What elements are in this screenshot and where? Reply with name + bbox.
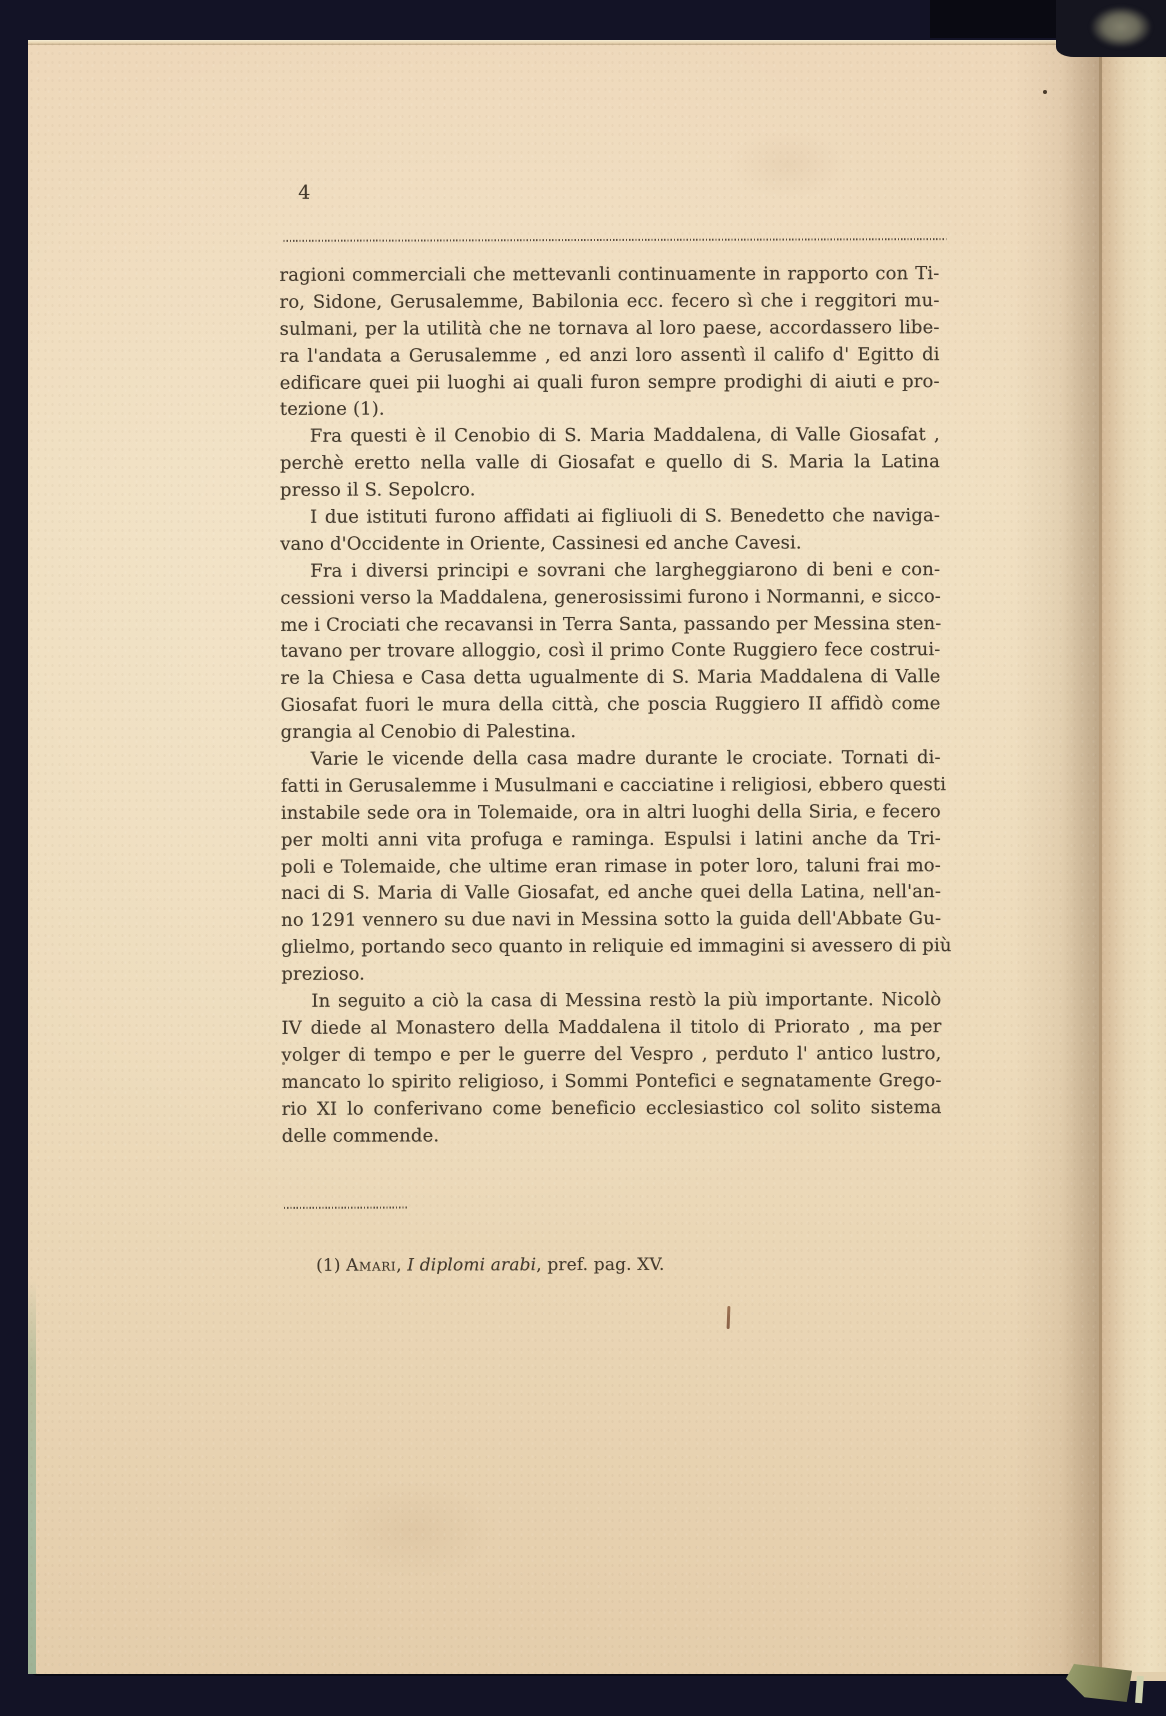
text-line: grangia al Cenobio di Palestina. [281,718,941,747]
text-line: re la Chiesa e Casa detta ugualmente di … [280,664,940,693]
text-line: Varie le vicende della casa madre durant… [281,745,941,774]
text-line: prezioso. [281,960,941,989]
text-line: rio XI lo conferivano come beneficio ecc… [282,1095,942,1124]
scanner-clip-black [930,0,1072,38]
text-line: IV diede al Monastero della Maddalena il… [281,1014,941,1043]
page-number: 4 [298,182,310,204]
text-line: ra l'andata a Gerusalemme , ed anzi loro… [280,342,940,371]
text-line: volger di tempo e per le guerre del Vesp… [281,1041,941,1070]
footnote-segment: I diplomi arabi [407,1255,536,1275]
binding-blob [1090,6,1152,48]
footnote-segment: , pref. pag. XV. [536,1255,664,1275]
text-line: ro, Sidone, Gerusalemme, Babilonia ecc. … [280,288,940,317]
text-line: Giosafat fuori le mura della città, che … [281,691,941,720]
text-line: perchè eretto nella valle di Giosafat e … [280,449,940,478]
text-line: poli e Tolemaide, che ultime eran rimase… [281,853,941,882]
text-line: glielmo, portando seco quanto in reliqui… [281,933,941,962]
footnote-segment: Amari [346,1256,396,1276]
text-line: per molti anni vita profuga e raminga. E… [281,826,941,855]
text-line: sulmani, per la utilità che ne tornava a… [280,315,940,344]
text-line: Fra i diversi principi e sovrani che lar… [280,557,940,586]
text-line: I due istituti furono affidati ai figliu… [280,503,940,532]
text-line: Fra questi è il Cenobio di S. Maria Madd… [280,422,940,451]
text-line: no 1291 vennero su due navi in Messina s… [281,906,941,935]
text-line: delle commende. [282,1122,942,1151]
text-line: tavano per trovare alloggio, così il pri… [280,638,940,667]
header-rule [283,238,946,242]
text-line: presso il S. Sepolcro. [280,476,940,505]
text-line: tezione (1). [280,396,940,425]
footnote-text: (1) Amari, I diplomi arabi, pref. pag. X… [282,1254,942,1276]
text-line: me i Crociati che recavansi in Terra San… [280,611,940,640]
text-line: ragioni commerciali che mettevanli conti… [279,261,939,290]
book-page: 4 ragioni commerciali che mettevanli con… [28,40,1166,1674]
text-line: edificare quei pii luoghi ai quali furon… [280,369,940,398]
printed-content: 4 ragioni commerciali che mettevanli con… [26,39,1166,1676]
footnote-segment: , [396,1255,407,1275]
page-edge-sliver [1135,1676,1144,1703]
footnote-segment: (1) [316,1256,346,1276]
text-line: fatti in Gerusalemme i Musulmani e cacci… [281,772,941,801]
footnote-rule [284,1206,407,1208]
scanned-book-photo: 4 ragioni commerciali che mettevanli con… [0,0,1166,1716]
body-text: ragioni commerciali che mettevanli conti… [279,261,941,1150]
text-line: cessioni verso la Maddalena, generosissi… [280,584,940,613]
text-line: mancato lo spirito religioso, i Sommi Po… [282,1068,942,1097]
text-line: naci di S. Maria di Valle Giosafat, ed a… [281,880,941,909]
text-line: instabile sede ora in Tolemaide, ora in … [281,799,941,828]
text-line: vano d'Occidente in Oriente, Cassinesi e… [280,530,940,559]
text-line: In seguito a ciò la casa di Messina rest… [281,987,941,1016]
